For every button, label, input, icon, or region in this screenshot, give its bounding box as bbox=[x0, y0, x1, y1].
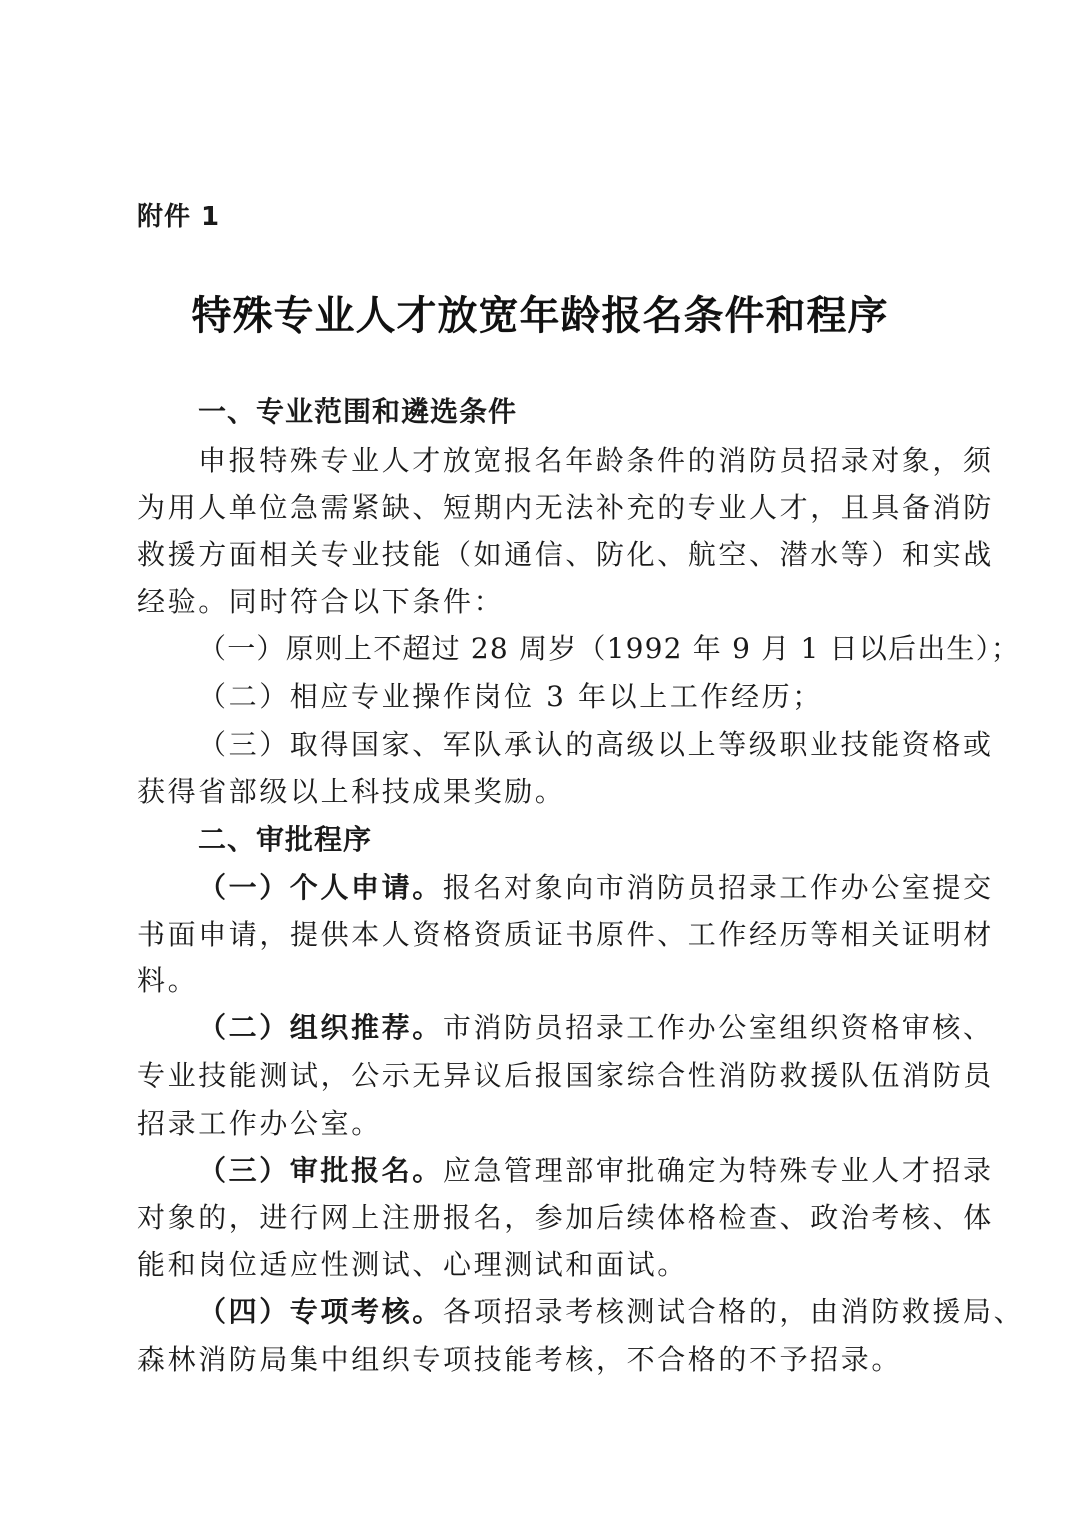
step-2-cont: 专业技能测试，公示无异议后报国家综合性消防救援队伍消防员 bbox=[137, 1059, 947, 1093]
step-1-lead: （一）个人申请。 bbox=[198, 871, 443, 904]
section-1-intro-line: 申报特殊专业人才放宽报名年龄条件的消防员招录对象，须 bbox=[198, 444, 1008, 478]
attachment-label: 附件 1 bbox=[137, 200, 220, 234]
step-2: （二）组织推荐。市消防员招录工作办公室组织资格审核、 bbox=[198, 1011, 1008, 1045]
step-1-cont: 料。 bbox=[137, 964, 947, 998]
section-1-intro-line: 救援方面相关专业技能（如通信、防化、航空、潜水等）和实战 bbox=[137, 538, 947, 572]
section-1-heading: 一、专业范围和遴选条件 bbox=[198, 395, 1008, 429]
step-4-cont: 森林消防局集中组织专项技能考核，不合格的不予招录。 bbox=[137, 1343, 947, 1377]
section-2-heading: 二、审批程序 bbox=[198, 823, 1008, 857]
condition-2: （二）相应专业操作岗位 3 年以上工作经历； bbox=[198, 680, 1008, 714]
section-1-intro-line: 经验。同时符合以下条件： bbox=[137, 585, 947, 619]
step-1-text: 报名对象向市消防员招录工作办公室提交 bbox=[443, 871, 994, 904]
step-1-cont: 书面申请，提供本人资格资质证书原件、工作经历等相关证明材 bbox=[137, 918, 947, 952]
step-2-cont: 招录工作办公室。 bbox=[137, 1107, 947, 1141]
step-1: （一）个人申请。报名对象向市消防员招录工作办公室提交 bbox=[198, 871, 1008, 905]
step-4-lead: （四）专项考核。 bbox=[198, 1295, 443, 1328]
document-page: 附件 1 特殊专业人才放宽年龄报名条件和程序 一、专业范围和遴选条件 申报特殊专… bbox=[0, 0, 1080, 1528]
step-2-lead: （二）组织推荐。 bbox=[198, 1011, 443, 1044]
step-4: （四）专项考核。各项招录考核测试合格的，由消防救援局、 bbox=[198, 1295, 1008, 1329]
step-3-lead: （三）审批报名。 bbox=[198, 1154, 443, 1187]
condition-3-cont: 获得省部级以上科技成果奖励。 bbox=[137, 775, 947, 809]
step-3-cont: 对象的，进行网上注册报名，参加后续体格检查、政治考核、体 bbox=[137, 1201, 947, 1235]
step-3-cont: 能和岗位适应性测试、心理测试和面试。 bbox=[137, 1248, 947, 1282]
condition-3: （三）取得国家、军队承认的高级以上等级职业技能资格或 bbox=[198, 728, 1008, 762]
step-4-text: 各项招录考核测试合格的，由消防救援局、 bbox=[443, 1295, 1024, 1328]
condition-1: （一）原则上不超过 28 周岁（1992 年 9 月 1 日以后出生）； bbox=[198, 632, 1008, 666]
section-1-intro-line: 为用人单位急需紧缺、短期内无法补充的专业人才，且具备消防 bbox=[137, 491, 947, 525]
step-3: （三）审批报名。应急管理部审批确定为特殊专业人才招录 bbox=[198, 1154, 1008, 1188]
step-3-text: 应急管理部审批确定为特殊专业人才招录 bbox=[443, 1154, 994, 1187]
document-title: 特殊专业人才放宽年龄报名条件和程序 bbox=[0, 290, 1080, 342]
step-2-text: 市消防员招录工作办公室组织资格审核、 bbox=[443, 1011, 994, 1044]
